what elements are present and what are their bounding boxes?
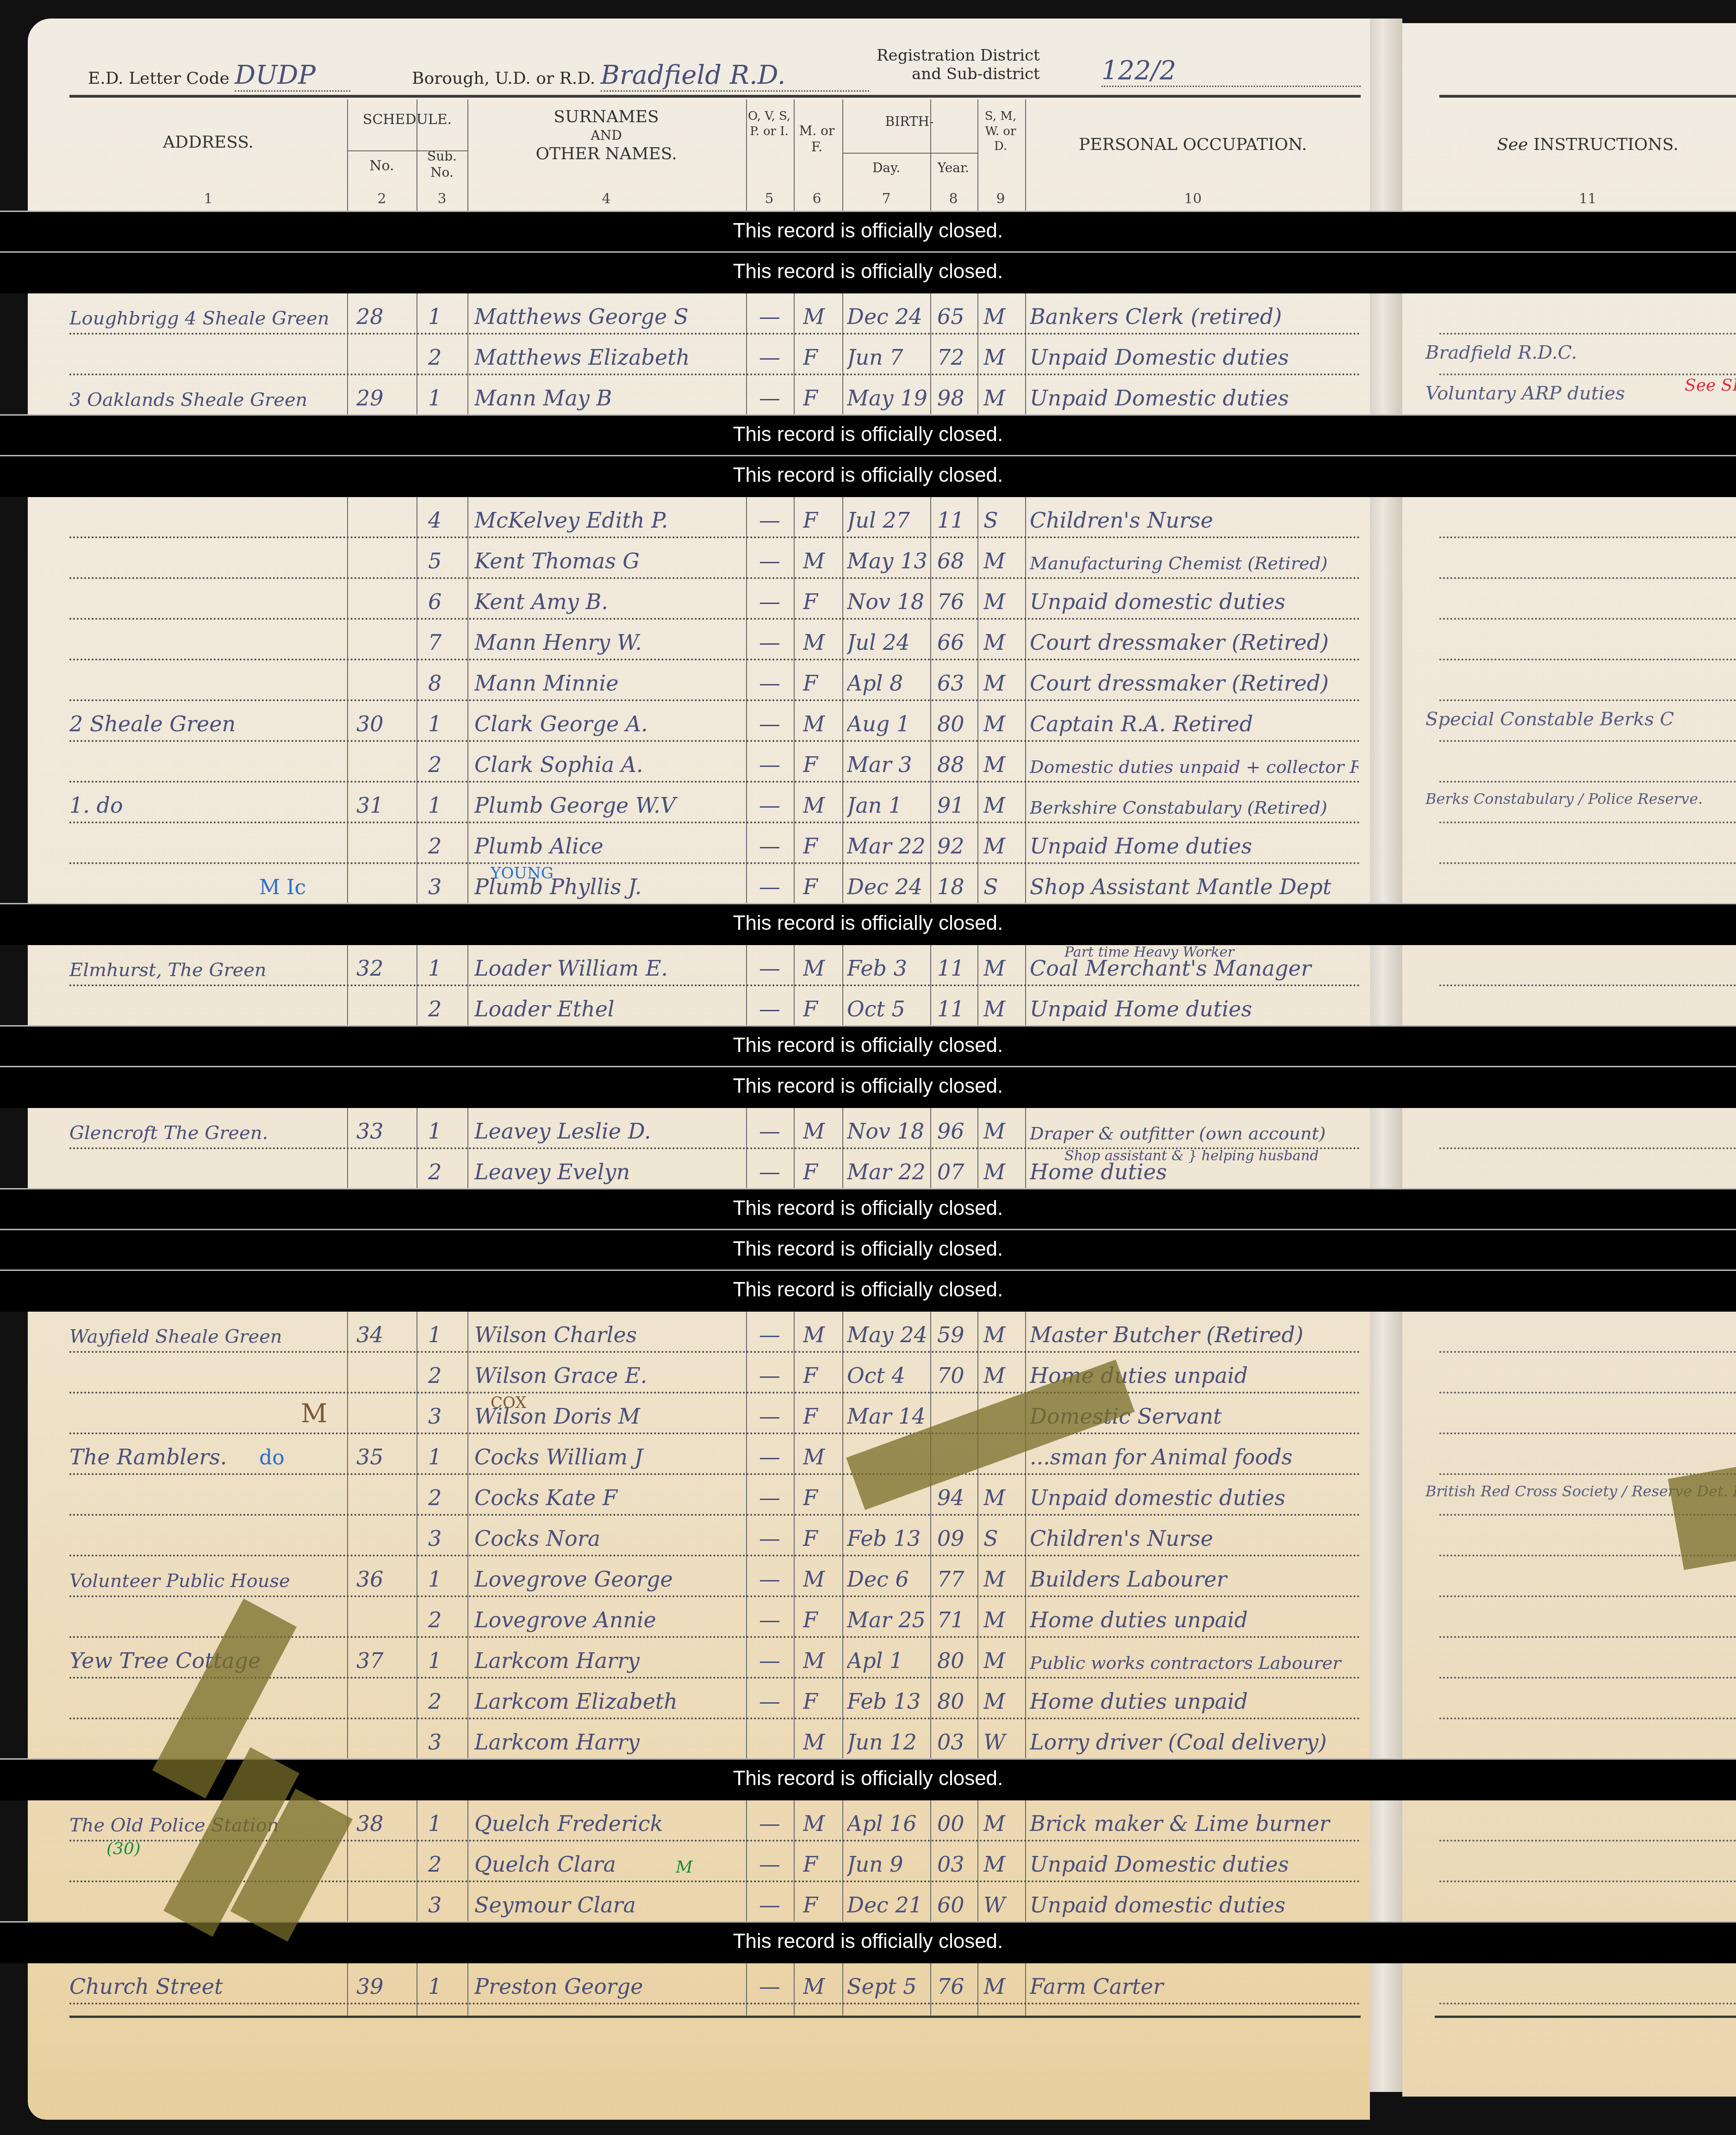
name-cell: Clark George A. <box>474 711 743 736</box>
sex-cell: M <box>803 630 835 655</box>
borough: Borough, U.D. or R.D. Bradfield R.D. <box>412 60 869 92</box>
condition-cell: W <box>983 1892 1020 1917</box>
condition-cell: M <box>983 1974 1020 1999</box>
birth-year-cell: 63 <box>937 671 974 696</box>
address-cell: Wayfield Sheale Green <box>69 1326 342 1347</box>
census-entry-row: 7Mann Henry W.—MJul 2466MCourt dressmake… <box>69 618 1361 660</box>
condition-cell: M <box>983 1567 1020 1592</box>
sex-cell: F <box>803 834 835 859</box>
name-cell: Cocks William J <box>474 1444 743 1469</box>
instructions-line <box>1439 1718 1736 1760</box>
sub-no-cell: 1 <box>428 1648 460 1673</box>
occupation-cell: Court dressmaker (Retired) <box>1030 671 1358 696</box>
closed-record-banner: This record is officially closed. <box>0 1066 1736 1108</box>
ovspi-cell: — <box>759 996 787 1021</box>
col-instructions-label: INSTRUCTIONS. <box>1533 135 1678 154</box>
sub-no-cell: 3 <box>428 1404 460 1429</box>
instructions-line <box>1439 1840 1736 1882</box>
instructions-line <box>1439 822 1736 864</box>
sex-cell: F <box>803 1363 835 1388</box>
col-mf-header: M. or F. <box>794 123 840 155</box>
address-cell: 1. do <box>69 793 342 818</box>
address-cell: Church Street <box>69 1974 342 1999</box>
condition-cell: M <box>983 1119 1020 1144</box>
occupation-extra-note: Part time Heavy Worker <box>1064 944 1356 960</box>
birth-day-cell: Feb 3 <box>847 956 928 981</box>
borough-label: Borough, U.D. or R.D. <box>412 69 595 88</box>
census-entry-row: 3Wilson Doris M—FMar 14Domestic ServantC… <box>69 1392 1361 1434</box>
ovspi-cell: — <box>759 1567 787 1592</box>
birth-year-cell: 76 <box>937 1974 974 1999</box>
name-cell: Quelch Clara <box>474 1852 743 1877</box>
instructions-line <box>1439 1595 1736 1638</box>
condition-cell: M <box>983 304 1020 329</box>
sex-cell: M <box>803 304 835 329</box>
birth-day-cell: Jan 1 <box>847 793 928 818</box>
name-correction: YOUNG <box>491 864 554 883</box>
sex-cell: M <box>803 1974 835 1999</box>
name-cell: Wilson Charles <box>474 1322 743 1347</box>
occupation-cell: Berkshire Constabulary (Retired) <box>1030 797 1358 818</box>
ovspi-cell: — <box>759 1119 787 1144</box>
ed-letter-code-value: DUDP <box>235 60 350 92</box>
schedule-no-cell: 37 <box>356 1648 412 1673</box>
sex-cell: M <box>803 1648 835 1673</box>
census-entry-row: 3Cocks Nora—FFeb 1309SChildren's Nurse <box>69 1514 1361 1556</box>
occupation-cell: Builders Labourer <box>1030 1567 1358 1592</box>
instructions-line <box>1439 659 1736 701</box>
closed-record-banner: This record is officially closed. <box>0 1229 1736 1271</box>
condition-cell: M <box>983 1689 1020 1714</box>
birth-day-cell: Jun 9 <box>847 1852 928 1877</box>
ovspi-cell: — <box>759 752 787 777</box>
column-number-8: 8 <box>930 191 977 207</box>
instructions-note: Special Constable Berks C <box>1425 709 1674 730</box>
name-cell: Mann Minnie <box>474 671 743 696</box>
birth-year-cell: 70 <box>937 1363 974 1388</box>
col-no-header: No. <box>347 157 417 175</box>
sub-no-cell: 3 <box>428 1730 460 1755</box>
name-cell: Matthews George S <box>474 304 743 329</box>
birth-year-cell: 91 <box>937 793 974 818</box>
column-number-5: 5 <box>746 191 792 207</box>
birth-year-cell: 60 <box>937 1892 974 1917</box>
sub-no-cell: 1 <box>428 386 460 411</box>
ovspi-cell: — <box>759 834 787 859</box>
birth-day-cell: May 24 <box>847 1322 928 1347</box>
sex-cell: F <box>803 345 835 370</box>
condition-cell: M <box>983 711 1020 736</box>
name-annotation: M <box>676 1858 693 1877</box>
condition-cell: M <box>983 1485 1020 1510</box>
sex-cell: M <box>803 548 835 573</box>
birth-day-cell: Feb 13 <box>847 1689 928 1714</box>
birth-year-cell: 11 <box>937 508 974 533</box>
name-cell: Plumb Alice <box>474 834 743 859</box>
column-number-10: 10 <box>1025 191 1361 207</box>
condition-cell: M <box>983 1322 1020 1347</box>
closed-record-banner: This record is officially closed. <box>0 1025 1736 1067</box>
birth-year-cell: 66 <box>937 630 974 655</box>
closed-record-banner: This record is officially closed. <box>0 1270 1736 1312</box>
occupation-extra-note: Shop assistant & } helping husband <box>1064 1148 1356 1164</box>
name-cell: Mann Henry W. <box>474 630 743 655</box>
ovspi-cell: — <box>759 548 787 573</box>
col-names-header: SURNAMES AND OTHER NAMES. <box>467 106 745 164</box>
ovspi-cell: — <box>759 304 787 329</box>
sex-cell: M <box>803 1444 835 1469</box>
sub-no-cell: 1 <box>428 1444 460 1469</box>
census-entry-row: Loughbrigg 4 Sheale Green281Matthews Geo… <box>69 292 1361 335</box>
instructions-note: Bradfield R.D.C. <box>1425 342 1577 363</box>
occupation-cell: Unpaid domestic duties <box>1030 589 1358 614</box>
instructions-note: Berks Constabulary / Police Reserve. <box>1425 790 1703 808</box>
name-cell: Loader William E. <box>474 956 743 981</box>
birth-year-cell: 11 <box>937 996 974 1021</box>
ovspi-cell: — <box>759 1526 787 1551</box>
col-schedule-header: SCHEDULE. <box>347 111 467 129</box>
sub-no-cell: 2 <box>428 752 460 777</box>
sub-no-cell: 5 <box>428 548 460 573</box>
instructions-note-red: See SH <box>1685 376 1736 395</box>
instructions-line <box>1439 1677 1736 1719</box>
occupation-cell: Children's Nurse <box>1030 1526 1358 1551</box>
census-entry-row: 2Cocks Kate F—F94MUnpaid domestic duties <box>69 1473 1361 1516</box>
ovspi-cell: — <box>759 956 787 981</box>
sub-no-cell: 2 <box>428 996 460 1021</box>
sub-no-cell: 3 <box>428 1892 460 1917</box>
sub-no-cell: 1 <box>428 956 460 981</box>
occupation-cell: Unpaid domestic duties <box>1030 1892 1358 1917</box>
birth-subheader-rule <box>842 153 977 154</box>
name-cell: Mann May B <box>474 386 743 411</box>
birth-day-cell: Mar 14 <box>847 1404 928 1429</box>
name-cell: Quelch Frederick <box>474 1811 743 1836</box>
closed-record-banner: This record is officially closed. <box>0 251 1736 293</box>
birth-day-cell: Apl 1 <box>847 1648 928 1673</box>
address-cell: Volunteer Public House <box>69 1570 342 1592</box>
instructions-line <box>1439 944 1736 986</box>
col-names-3: OTHER NAMES. <box>467 143 745 164</box>
sex-cell: M <box>803 956 835 981</box>
name-cell: Kent Amy B. <box>474 589 743 614</box>
birth-day-cell: Dec 24 <box>847 874 928 899</box>
header-rule-right <box>1439 95 1736 98</box>
birth-year-cell: 80 <box>937 1648 974 1673</box>
birth-year-cell: 92 <box>937 834 974 859</box>
occupation-cell: Manufacturing Chemist (Retired) <box>1030 553 1358 573</box>
birth-year-cell: 72 <box>937 345 974 370</box>
condition-cell: M <box>983 834 1020 859</box>
birth-day-cell: May 19 <box>847 386 928 411</box>
birth-day-cell: Oct 4 <box>847 1363 928 1388</box>
sub-no-cell: 2 <box>428 1852 460 1877</box>
census-entry-row: 5Kent Thomas G—MMay 1368MManufacturing C… <box>69 536 1361 579</box>
sex-cell: F <box>803 1526 835 1551</box>
ed-letter-code-label: E.D. Letter Code <box>88 69 230 88</box>
ovspi-cell: — <box>759 589 787 614</box>
census-entry-row: 1. do311Plumb George W.V—MJan 191MBerksh… <box>69 781 1361 823</box>
occupation-cell: Unpaid Domestic duties <box>1030 386 1358 411</box>
ovspi-cell: — <box>759 793 787 818</box>
condition-cell: S <box>983 508 1020 533</box>
instructions-line <box>1439 1880 1736 1923</box>
condition-cell: M <box>983 630 1020 655</box>
birth-year-cell: 80 <box>937 711 974 736</box>
ovspi-cell: — <box>759 630 787 655</box>
name-cell: Kent Thomas G <box>474 548 743 573</box>
sex-cell: F <box>803 752 835 777</box>
census-entry-row: Glencroft The Green.331Leavey Leslie D.—… <box>69 1107 1361 1149</box>
sex-cell: F <box>803 1607 835 1632</box>
birth-year-cell: 07 <box>937 1159 974 1184</box>
name-cell: Matthews Elizabeth <box>474 345 743 370</box>
ovspi-cell: — <box>759 1159 787 1184</box>
instructions-line <box>1439 1310 1736 1353</box>
sub-no-cell: 2 <box>428 1689 460 1714</box>
ovspi-cell: — <box>759 711 787 736</box>
name-cell: Seymour Clara <box>474 1892 743 1917</box>
birth-day-cell: Mar 22 <box>847 1159 928 1184</box>
address-cell: The Ramblers. <box>69 1444 342 1469</box>
col-day-header: Day. <box>842 160 930 176</box>
name-cell: Larkcom Harry <box>474 1730 743 1755</box>
schedule-no-cell: 35 <box>356 1444 412 1469</box>
schedule-no-cell: 28 <box>356 304 412 329</box>
birth-year-cell: 00 <box>937 1811 974 1836</box>
sub-no-cell: 2 <box>428 345 460 370</box>
name-cell: Leavey Leslie D. <box>474 1119 743 1144</box>
occupation-cell: Court dressmaker (Retired) <box>1030 630 1358 655</box>
occupation-cell: Unpaid Domestic duties <box>1030 1852 1358 1877</box>
col-year-header: Year. <box>930 160 977 176</box>
birth-day-cell: Aug 1 <box>847 711 928 736</box>
condition-cell: M <box>983 1363 1020 1388</box>
birth-year-cell: 65 <box>937 304 974 329</box>
col-ovspi-header: O, V, S, P. or I. <box>746 109 792 139</box>
sex-cell: M <box>803 1322 835 1347</box>
sub-no-cell: 4 <box>428 508 460 533</box>
birth-day-cell: Jul 24 <box>847 630 928 655</box>
condition-cell: S <box>983 874 1020 899</box>
condition-cell: S <box>983 1526 1020 1551</box>
census-entry-row: 3Plumb Phyllis J.—FDec 2418SShop Assista… <box>69 862 1361 905</box>
birth-day-cell: Jun 7 <box>847 345 928 370</box>
occupation-cell: Unpaid Home duties <box>1030 996 1358 1021</box>
sub-no-cell: 1 <box>428 793 460 818</box>
occupation-cell: Public works contractors Labourer <box>1030 1653 1358 1673</box>
header-rule <box>69 95 1361 98</box>
column-number-2: 2 <box>347 191 417 207</box>
col-occupation-header: PERSONAL OCCUPATION. <box>1025 134 1361 155</box>
census-entry-row: 2Clark Sophia A.—FMar 388MDomestic dutie… <box>69 740 1361 783</box>
sex-cell: M <box>803 1811 835 1836</box>
sex-cell: F <box>803 1852 835 1877</box>
address-annotation: do <box>259 1446 285 1469</box>
name-cell: Larkcom Elizabeth <box>474 1689 743 1714</box>
ovspi-cell: — <box>759 386 787 411</box>
ovspi-cell: — <box>759 1485 787 1510</box>
col-names-1: SURNAMES <box>467 106 745 127</box>
condition-cell: M <box>983 752 1020 777</box>
birth-year-cell: 80 <box>937 1689 974 1714</box>
reg-district-label-2: and Sub-district <box>875 65 1040 83</box>
sub-no-cell: 2 <box>428 1485 460 1510</box>
condition-cell: M <box>983 1607 1020 1632</box>
instructions-line <box>1439 984 1736 1027</box>
ovspi-cell: — <box>759 1648 787 1673</box>
column-number-9: 9 <box>977 191 1024 207</box>
address-cell: Glencroft The Green. <box>69 1122 342 1144</box>
instructions-line <box>1439 1962 1736 2004</box>
census-entry-row: The Ramblers.351Cocks William J—M...sman… <box>69 1432 1361 1475</box>
birth-year-cell: 11 <box>937 956 974 981</box>
sub-no-cell: 1 <box>428 1811 460 1836</box>
occupation-cell: Brick maker & Lime burner <box>1030 1811 1358 1836</box>
condition-cell: M <box>983 956 1020 981</box>
sub-no-cell: 1 <box>428 711 460 736</box>
census-entry-row: Church Street391Preston George—MSept 576… <box>69 1962 1361 2004</box>
census-entry-row: 3 Oaklands Sheale Green291Mann May B—FMa… <box>69 373 1361 416</box>
schedule-no-cell: 30 <box>356 711 412 736</box>
schedule-no-cell: 34 <box>356 1322 412 1347</box>
instructions-line <box>1439 1392 1736 1434</box>
sub-no-cell: 2 <box>428 1363 460 1388</box>
condition-cell: M <box>983 589 1020 614</box>
birth-day-cell: Apl 16 <box>847 1811 928 1836</box>
schedule-no-cell: 29 <box>356 386 412 411</box>
name-cell: Cocks Nora <box>474 1526 743 1551</box>
instructions-line <box>1439 496 1736 538</box>
birth-year-cell: 68 <box>937 548 974 573</box>
column-number-4: 4 <box>467 191 745 207</box>
closed-record-banner: This record is officially closed. <box>0 1188 1736 1230</box>
column-number-6: 6 <box>794 191 840 207</box>
birth-day-cell: Dec 21 <box>847 1892 928 1917</box>
census-entry-row: 6Kent Amy B.—FNov 1876MUnpaid domestic d… <box>69 577 1361 620</box>
census-entry-row: Wayfield Sheale Green341Wilson Charles—M… <box>69 1310 1361 1353</box>
birth-day-cell: Feb 13 <box>847 1526 928 1551</box>
reg-district-label-1: Registration District <box>875 46 1040 65</box>
sex-cell: F <box>803 996 835 1021</box>
occupation-cell: Master Butcher (Retired) <box>1030 1322 1358 1347</box>
name-correction: COX <box>491 1394 527 1412</box>
sub-no-cell: 1 <box>428 1322 460 1347</box>
closed-record-banner: This record is officially closed. <box>0 414 1736 456</box>
ovspi-cell: — <box>759 1404 787 1429</box>
occupation-cell: Unpaid Domestic duties <box>1030 345 1358 370</box>
birth-year-cell: 18 <box>937 874 974 899</box>
birth-day-cell: Dec 6 <box>847 1567 928 1592</box>
column-number-11: 11 <box>1439 191 1736 207</box>
census-entry-row: Elmhurst, The Green321Loader William E.—… <box>69 944 1361 986</box>
birth-day-cell: Sept 5 <box>847 1974 928 1999</box>
sex-cell: F <box>803 671 835 696</box>
col-names-2: AND <box>467 127 745 143</box>
census-entry-row: 2 Sheale Green301Clark George A.—MAug 18… <box>69 699 1361 742</box>
birth-year-cell: 03 <box>937 1730 974 1755</box>
sex-cell: F <box>803 1159 835 1184</box>
occupation-cell: Unpaid Home duties <box>1030 834 1358 859</box>
closed-record-banner: This record is officially closed. <box>0 903 1736 945</box>
instructions-line <box>1439 1432 1736 1475</box>
condition-cell: M <box>983 996 1020 1021</box>
ovspi-cell: — <box>759 1811 787 1836</box>
condition-cell: M <box>983 1852 1020 1877</box>
birth-year-cell: 03 <box>937 1852 974 1877</box>
col-address-header: ADDRESS. <box>69 132 347 153</box>
name-cell: Plumb George W.V <box>474 793 743 818</box>
census-entry-row: 8Mann Minnie—FApl 863MCourt dressmaker (… <box>69 659 1361 701</box>
instructions-line <box>1439 292 1736 335</box>
address-annotation: M Ic <box>259 876 306 899</box>
birth-year-cell: 88 <box>937 752 974 777</box>
col-instructions-see: See <box>1497 135 1528 154</box>
instructions-line <box>1439 740 1736 783</box>
occupation-cell: Farm Carter <box>1030 1974 1358 1999</box>
name-cell: Preston George <box>474 1974 743 1999</box>
instructions-line <box>1439 862 1736 905</box>
birth-year-cell: 76 <box>937 589 974 614</box>
address-annotation: M <box>301 1399 327 1429</box>
census-entry-row: 2Leavey Evelyn—FMar 2207MHome dutiesShop… <box>69 1147 1361 1190</box>
column-number-1: 1 <box>69 191 347 207</box>
reg-district-value: 122/2 <box>1101 56 1361 87</box>
instructions-line <box>1439 1799 1736 1842</box>
name-cell: McKelvey Edith P. <box>474 508 743 533</box>
condition-cell: M <box>983 1648 1020 1673</box>
address-cell: 3 Oaklands Sheale Green <box>69 389 342 411</box>
birth-day-cell: Nov 18 <box>847 1119 928 1144</box>
condition-cell: M <box>983 386 1020 411</box>
occupation-cell: Lorry driver (Coal delivery) <box>1030 1730 1358 1755</box>
occupation-cell: Captain R.A. Retired <box>1030 711 1358 736</box>
sex-cell: F <box>803 1485 835 1510</box>
name-cell: Lovegrove George <box>474 1567 743 1592</box>
sub-no-cell: 1 <box>428 1567 460 1592</box>
name-cell: Wilson Grace E. <box>474 1363 743 1388</box>
instructions-note: Voluntary ARP duties <box>1425 383 1625 404</box>
col-instructions-header: See INSTRUCTIONS. <box>1439 134 1736 155</box>
schedule-no-cell: 32 <box>356 956 412 981</box>
birth-day-cell: Jun 12 <box>847 1730 928 1755</box>
address-cell: Elmhurst, The Green <box>69 959 342 981</box>
schedule-no-cell: 31 <box>356 793 412 818</box>
condition-cell: M <box>983 793 1020 818</box>
name-cell: Clark Sophia A. <box>474 752 743 777</box>
ovspi-cell: — <box>759 1444 787 1469</box>
ovspi-cell: — <box>759 874 787 899</box>
occupation-cell: Home duties unpaid <box>1030 1607 1358 1632</box>
birth-day-cell: Jul 27 <box>847 508 928 533</box>
sex-cell: F <box>803 1404 835 1429</box>
birth-year-cell: 77 <box>937 1567 974 1592</box>
ovspi-cell: — <box>759 1689 787 1714</box>
birth-day-cell: Mar 22 <box>847 834 928 859</box>
schedule-no-cell: 36 <box>356 1567 412 1592</box>
condition-cell: M <box>983 548 1020 573</box>
schedule-no-cell: 33 <box>356 1119 412 1144</box>
sex-cell: F <box>803 508 835 533</box>
census-entry-row: 2Loader Ethel—FOct 511MUnpaid Home dutie… <box>69 984 1361 1027</box>
sex-cell: M <box>803 1119 835 1144</box>
occupation-cell: Children's Nurse <box>1030 508 1358 533</box>
sub-no-cell: 8 <box>428 671 460 696</box>
sex-cell: M <box>803 1730 835 1755</box>
occupation-cell: ...sman for Animal foods <box>1030 1444 1358 1469</box>
census-entry-row: Volunteer Public House361Lovegrove Georg… <box>69 1555 1361 1597</box>
ovspi-cell: — <box>759 1974 787 1999</box>
